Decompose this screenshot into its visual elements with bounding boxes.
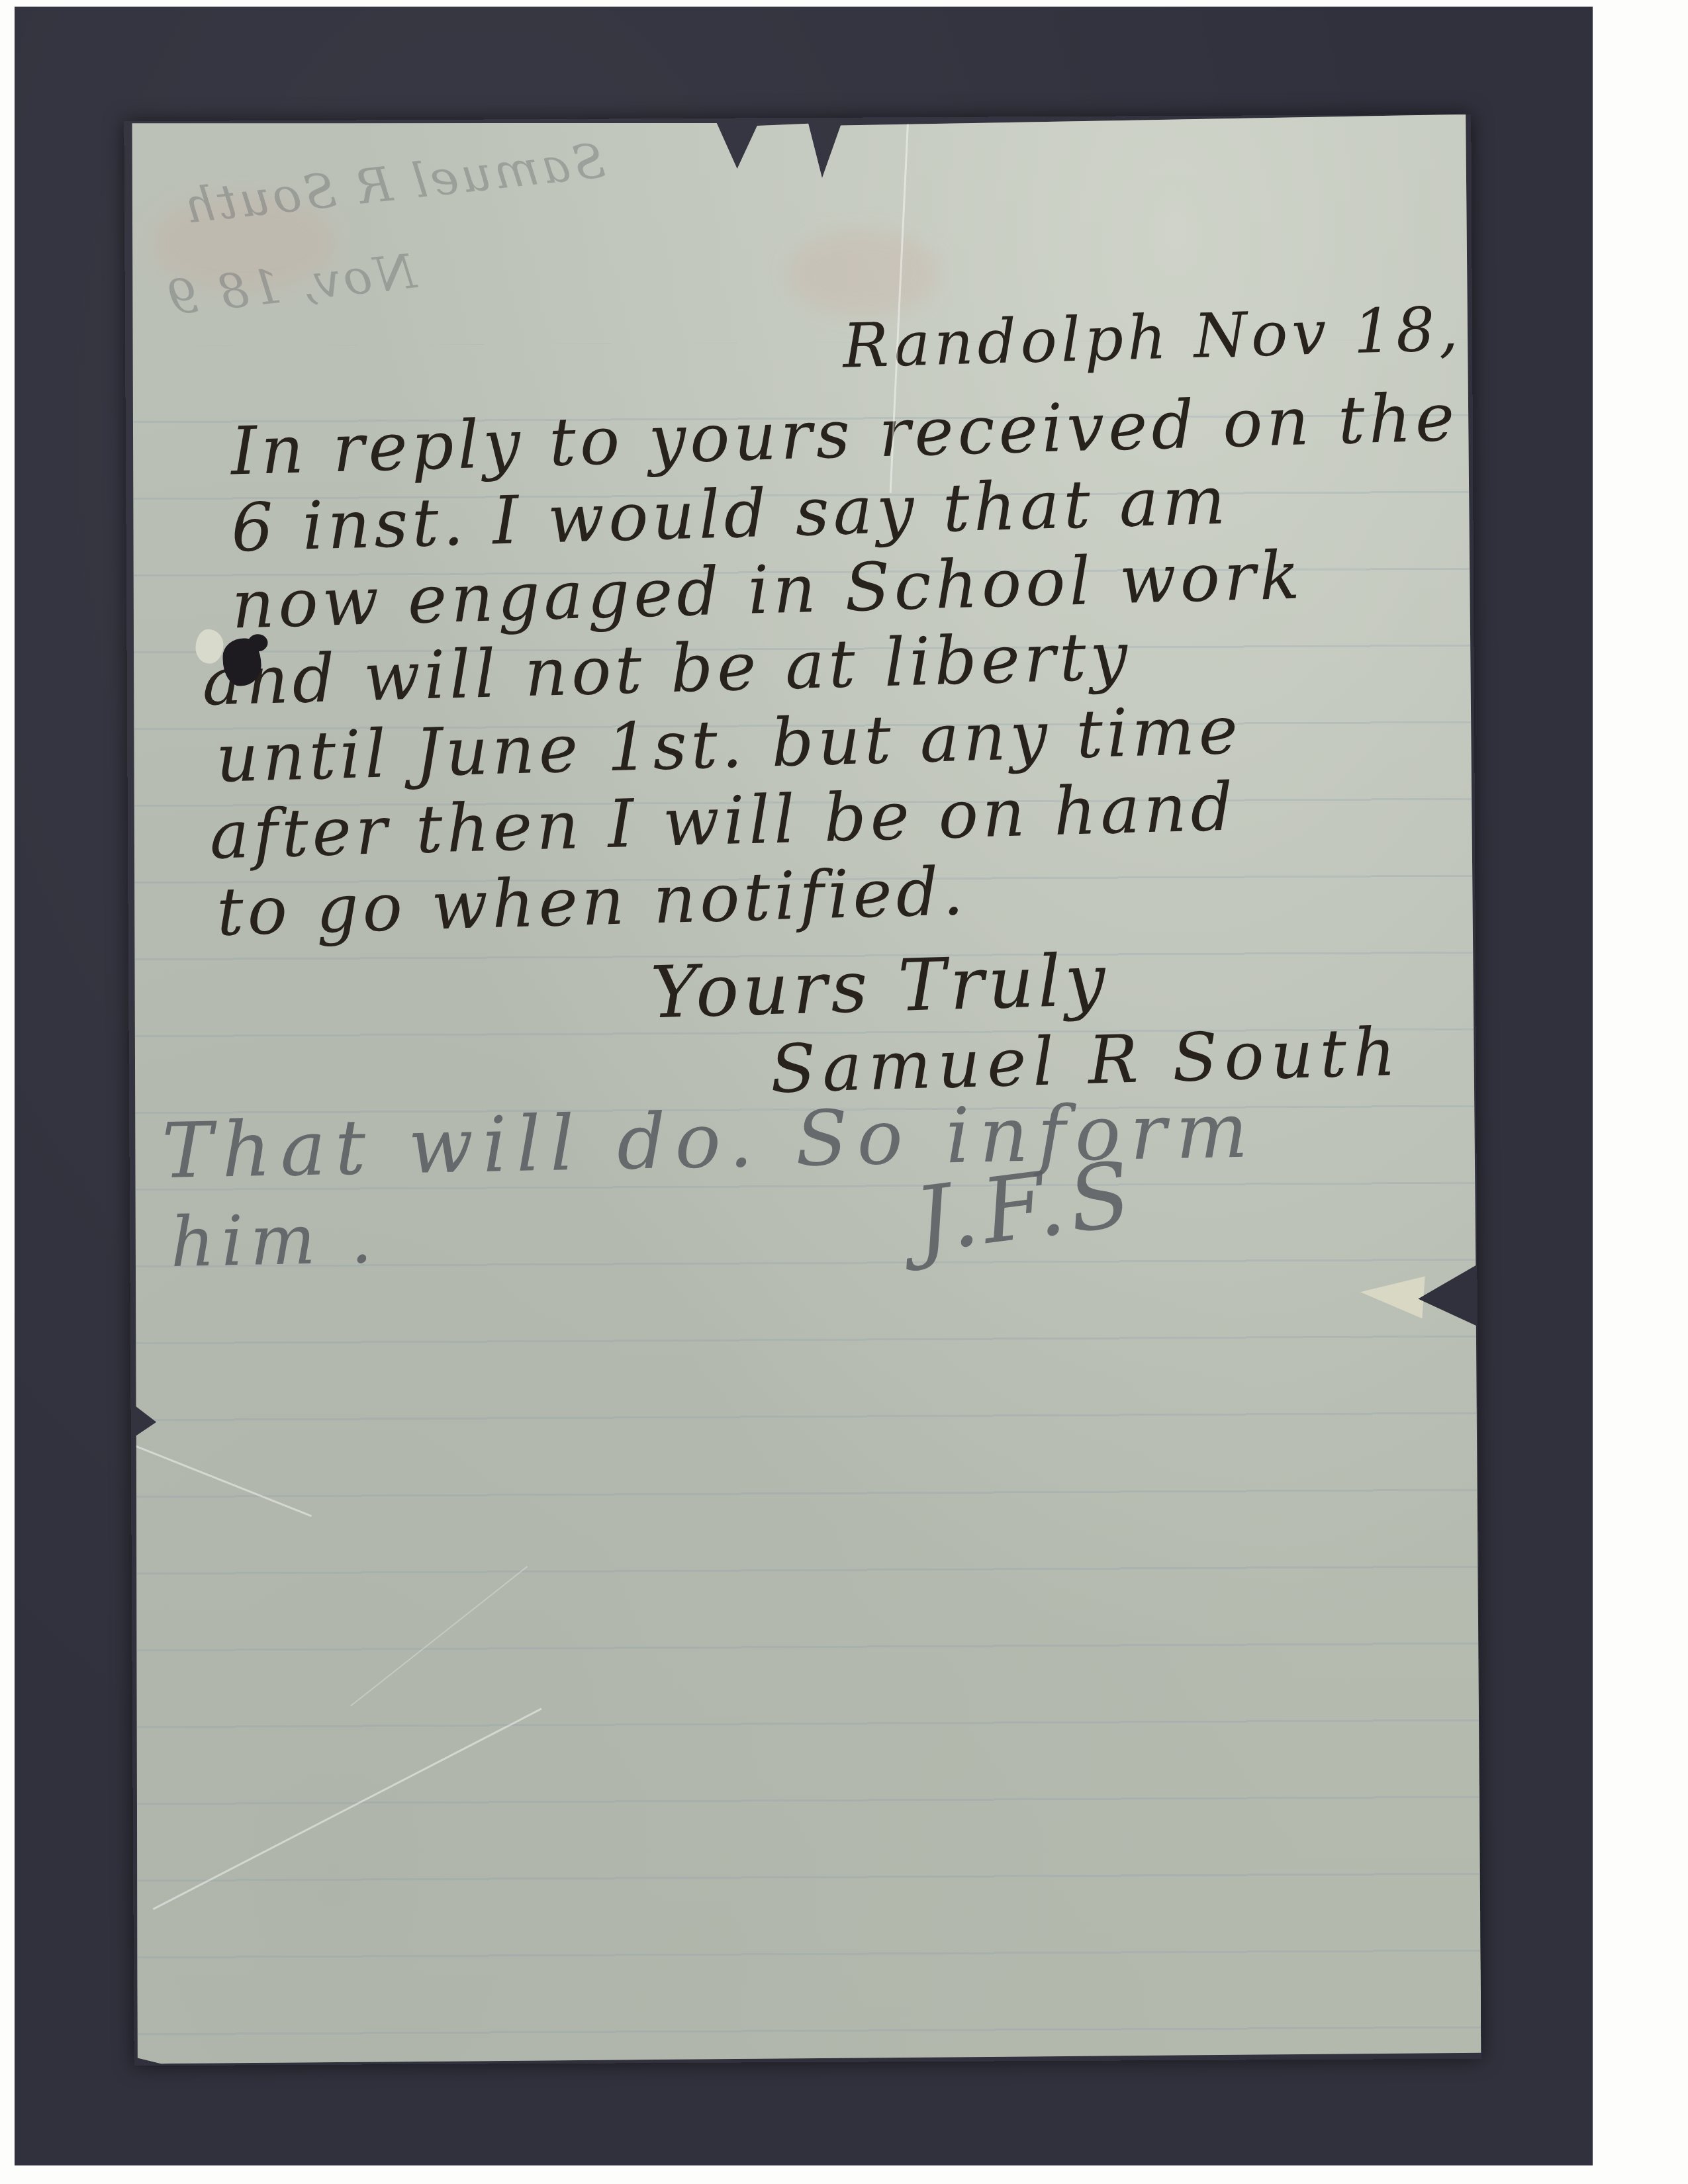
body-line: to go when notified. [216, 858, 968, 946]
pencil-initials: J.F.S [910, 1149, 1141, 1265]
closing-text: Yours Truly [650, 945, 1110, 1029]
pencil-note-line: him . [169, 1204, 379, 1277]
letter-paper: Samuel R South Nov, 18 9 Randolph Nov 18… [124, 114, 1481, 2066]
scan-page: { "colors": { "paper": "#b9beb4", "mount… [0, 0, 1688, 2184]
tear-flap [1359, 1272, 1425, 1318]
ink-blot [222, 638, 261, 686]
stain-mark [786, 230, 939, 316]
ghost-writing-line: Samuel R South [179, 136, 608, 230]
